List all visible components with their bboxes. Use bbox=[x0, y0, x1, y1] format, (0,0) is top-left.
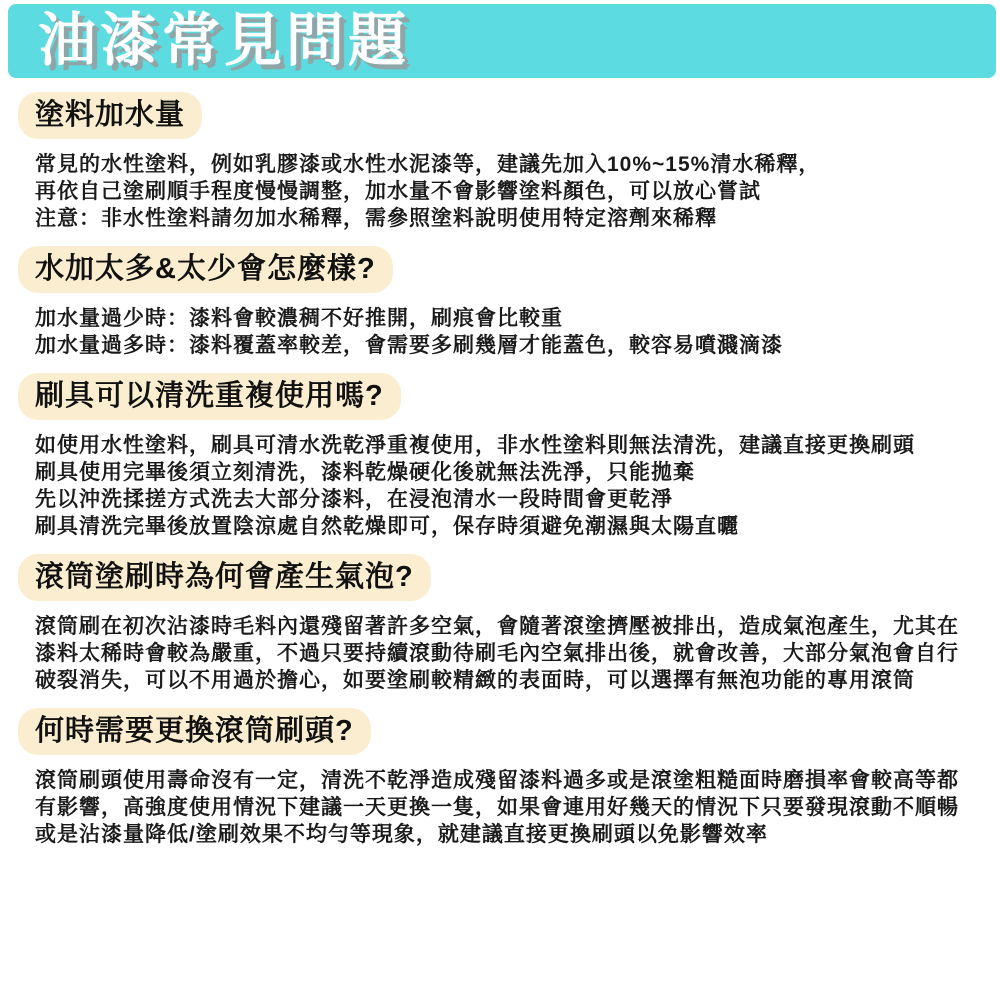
section-body: 如使用水性塗料，刷具可清水洗乾淨重複使用，非水性塗料則無法清洗，建議直接更換刷頭… bbox=[35, 432, 982, 540]
page-title: 油漆常見問題 bbox=[38, 12, 410, 70]
body-line: 或是沾漆量降低/塗刷效果不均勻等現象，就建議直接更換刷頭以免影響效率 bbox=[35, 821, 982, 848]
body-line: 常見的水性塗料，例如乳膠漆或水性水泥漆等，建議先加入10%~15%清水稀釋， bbox=[35, 151, 982, 178]
page: 油漆常見問題 塗料加水量 常見的水性塗料，例如乳膠漆或水性水泥漆等，建議先加入1… bbox=[0, 4, 1000, 1000]
section-heading: 水加太多&太少會怎麼樣? bbox=[18, 246, 393, 293]
body-line: 有影響，高強度使用情況下建議一天更換一隻，如果會連用好幾天的情況下只要發現滾動不… bbox=[35, 794, 982, 821]
content: 塗料加水量 常見的水性塗料，例如乳膠漆或水性水泥漆等，建議先加入10%~15%清… bbox=[0, 92, 1000, 848]
body-line: 漆料太稀時會較為嚴重，不過只要持續滾動待刷毛內空氣排出後，就會改善，大部分氣泡會… bbox=[35, 640, 982, 667]
body-line: 加水量過多時：漆料覆蓋率較差，會需要多刷幾層才能蓋色，較容易噴濺滴漆 bbox=[35, 332, 982, 359]
body-line: 注意：非水性塗料請勿加水稀釋，需參照塗料說明使用特定溶劑來稀釋 bbox=[35, 205, 982, 232]
section-body: 常見的水性塗料，例如乳膠漆或水性水泥漆等，建議先加入10%~15%清水稀釋， 再… bbox=[35, 151, 982, 232]
section-replace-roller-head: 何時需要更換滾筒刷頭? 滾筒刷頭使用壽命沒有一定，清洗不乾淨造成殘留漆料過多或是… bbox=[18, 708, 982, 848]
section-heading: 刷具可以清洗重複使用嗎? bbox=[18, 373, 401, 420]
body-line: 破裂消失，可以不用過於擔心，如要塗刷較精緻的表面時，可以選擇有無泡功能的專用滾筒 bbox=[35, 667, 982, 694]
section-body: 加水量過少時：漆料會較濃稠不好推開，刷痕會比較重 加水量過多時：漆料覆蓋率較差，… bbox=[35, 305, 982, 359]
section-brush-wash-reuse: 刷具可以清洗重複使用嗎? 如使用水性塗料，刷具可清水洗乾淨重複使用，非水性塗料則… bbox=[18, 373, 982, 540]
body-line: 加水量過少時：漆料會較濃稠不好推開，刷痕會比較重 bbox=[35, 305, 982, 332]
section-body: 滾筒刷在初次沾漆時毛料內還殘留著許多空氣，會隨著滾塗擠壓被排出，造成氣泡產生，尤… bbox=[35, 613, 982, 694]
section-heading: 何時需要更換滾筒刷頭? bbox=[18, 708, 371, 755]
title-banner: 油漆常見問題 bbox=[8, 4, 996, 78]
body-line: 先以沖洗揉搓方式洗去大部分漆料，在浸泡清水一段時間會更乾淨 bbox=[35, 486, 982, 513]
section-heading: 滾筒塗刷時為何會產生氣泡? bbox=[18, 554, 431, 601]
section-too-much-too-little-water: 水加太多&太少會怎麼樣? 加水量過少時：漆料會較濃稠不好推開，刷痕會比較重 加水… bbox=[18, 246, 982, 359]
body-line: 刷具使用完畢後須立刻清洗，漆料乾燥硬化後就無法洗淨，只能拋棄 bbox=[35, 459, 982, 486]
section-roller-bubbles: 滾筒塗刷時為何會產生氣泡? 滾筒刷在初次沾漆時毛料內還殘留著許多空氣，會隨著滾塗… bbox=[18, 554, 982, 694]
section-body: 滾筒刷頭使用壽命沒有一定，清洗不乾淨造成殘留漆料過多或是滾塗粗糙面時磨損率會較高… bbox=[35, 767, 982, 848]
body-line: 滾筒刷頭使用壽命沒有一定，清洗不乾淨造成殘留漆料過多或是滾塗粗糙面時磨損率會較高… bbox=[35, 767, 982, 794]
body-line: 再依自己塗刷順手程度慢慢調整，加水量不會影響塗料顏色，可以放心嘗試 bbox=[35, 178, 982, 205]
section-heading: 塗料加水量 bbox=[18, 92, 202, 139]
section-paint-water-amount: 塗料加水量 常見的水性塗料，例如乳膠漆或水性水泥漆等，建議先加入10%~15%清… bbox=[18, 92, 982, 232]
body-line: 刷具清洗完畢後放置陰涼處自然乾燥即可，保存時須避免潮濕與太陽直曬 bbox=[35, 513, 982, 540]
body-line: 滾筒刷在初次沾漆時毛料內還殘留著許多空氣，會隨著滾塗擠壓被排出，造成氣泡產生，尤… bbox=[35, 613, 982, 640]
body-line: 如使用水性塗料，刷具可清水洗乾淨重複使用，非水性塗料則無法清洗，建議直接更換刷頭 bbox=[35, 432, 982, 459]
